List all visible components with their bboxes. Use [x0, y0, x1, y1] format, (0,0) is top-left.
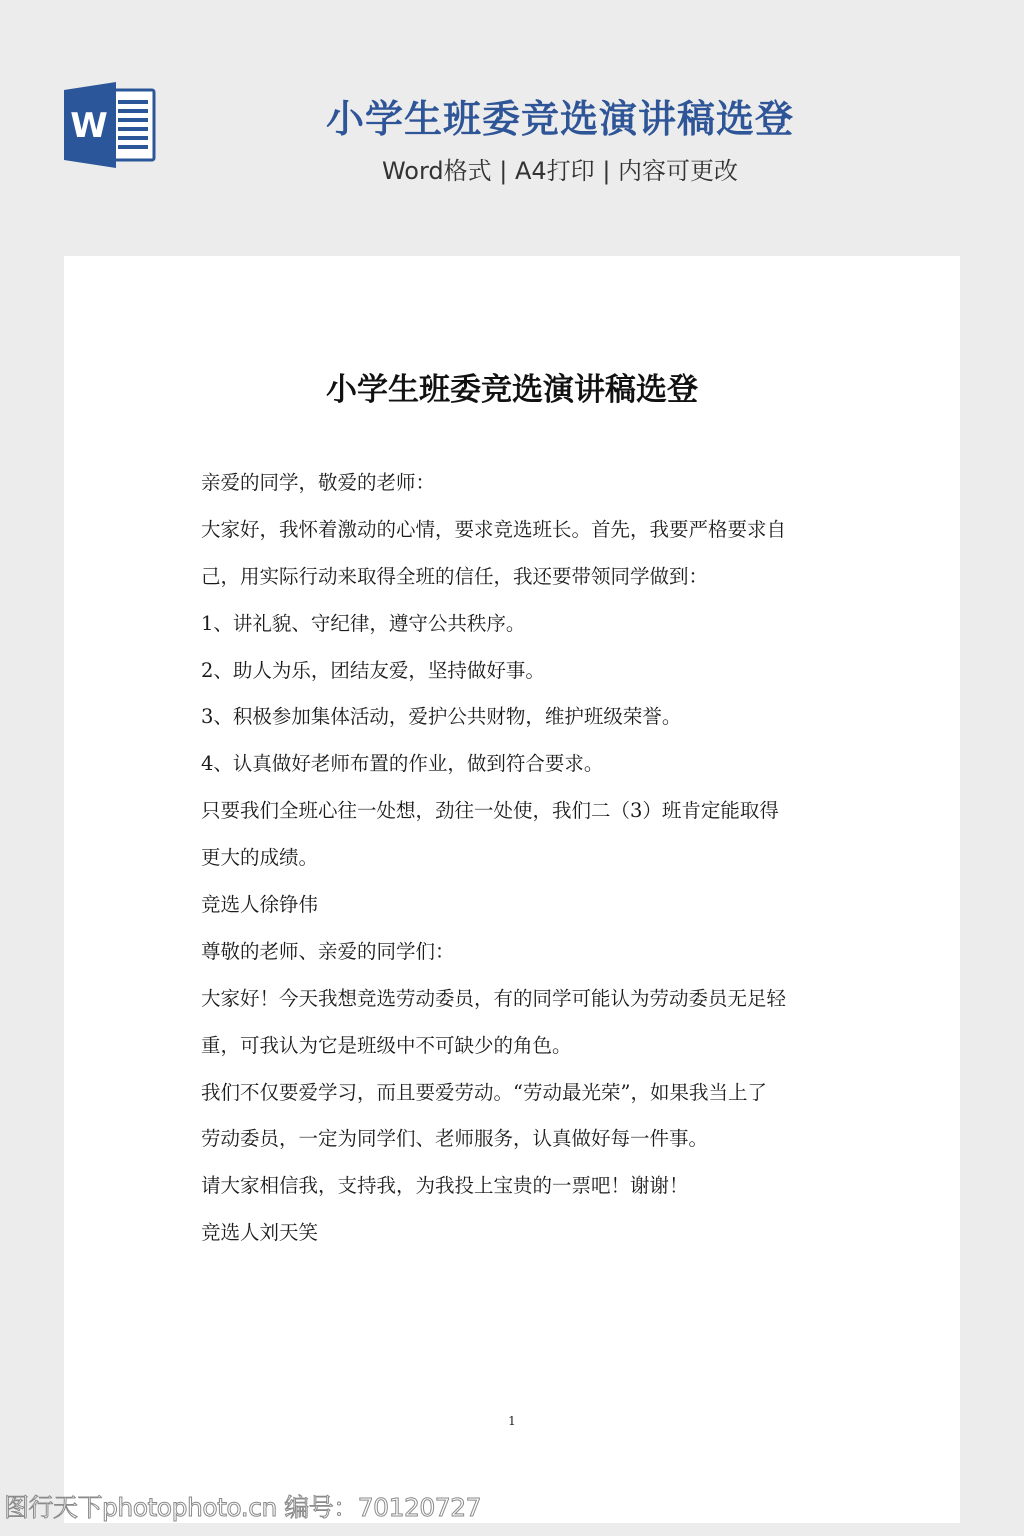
page-number: 1 [64, 1414, 960, 1428]
header-banner: W 小学生班委竞选演讲稿选登 Word格式 | A4打印 | 内容可更改 [0, 0, 1024, 256]
paragraph-line: 大家好！今天我想竞选劳动委员，有的同学可能认为劳动委员无足轻 [201, 979, 831, 1026]
document-title: 小学生班委竞选演讲稿选登 [64, 366, 960, 414]
word-document-icon: W [64, 82, 156, 168]
paragraph-line: 劳动委员，一定为同学们、老师服务，认真做好每一件事。 [201, 1119, 831, 1166]
list-item: 2、助人为乐，团结友爱，坚持做好事。 [201, 651, 831, 698]
document-page: 小学生班委竞选演讲稿选登 亲爱的同学，敬爱的老师： 大家好，我怀着激动的心情，要… [64, 256, 960, 1523]
list-item: 1、讲礼貌、守纪律，遵守公共秩序。 [201, 604, 831, 651]
signature-line: 竞选人徐铮伟 [201, 885, 831, 932]
document-body: 亲爱的同学，敬爱的老师： 大家好，我怀着激动的心情，要求竞选班长。首先，我要严格… [201, 463, 831, 1260]
watermark: 图行天下photophoto.cn 编号：70120727 [4, 1491, 481, 1525]
paragraph-line: 只要我们全班心往一处想，劲往一处使，我们二（3）班肯定能取得 [201, 791, 831, 838]
header-subtitle: Word格式 | A4打印 | 内容可更改 [300, 154, 820, 188]
paragraph-line: 请大家相信我，支持我，为我投上宝贵的一票吧！谢谢！ [201, 1166, 831, 1213]
greeting-line: 尊敬的老师、亲爱的同学们： [201, 932, 831, 979]
svg-text:W: W [70, 106, 108, 146]
paragraph-line: 我们不仅要爱学习，而且要爱劳动。“劳动最光荣”，如果我当上了 [201, 1073, 831, 1120]
signature-line: 竞选人刘天笑 [201, 1213, 831, 1260]
list-item: 3、积极参加集体活动，爱护公共财物，维护班级荣誉。 [201, 697, 831, 744]
paragraph-line: 大家好，我怀着激动的心情，要求竞选班长。首先，我要严格要求自 [201, 510, 831, 557]
list-item: 4、认真做好老师布置的作业，做到符合要求。 [201, 744, 831, 791]
header-title: 小学生班委竞选演讲稿选登 [300, 94, 820, 144]
paragraph-line: 更大的成绩。 [201, 838, 831, 885]
greeting-line: 亲爱的同学，敬爱的老师： [201, 463, 831, 510]
paragraph-line: 重，可我认为它是班级中不可缺少的角色。 [201, 1026, 831, 1073]
paragraph-line: 己，用实际行动来取得全班的信任，我还要带领同学做到： [201, 557, 831, 604]
